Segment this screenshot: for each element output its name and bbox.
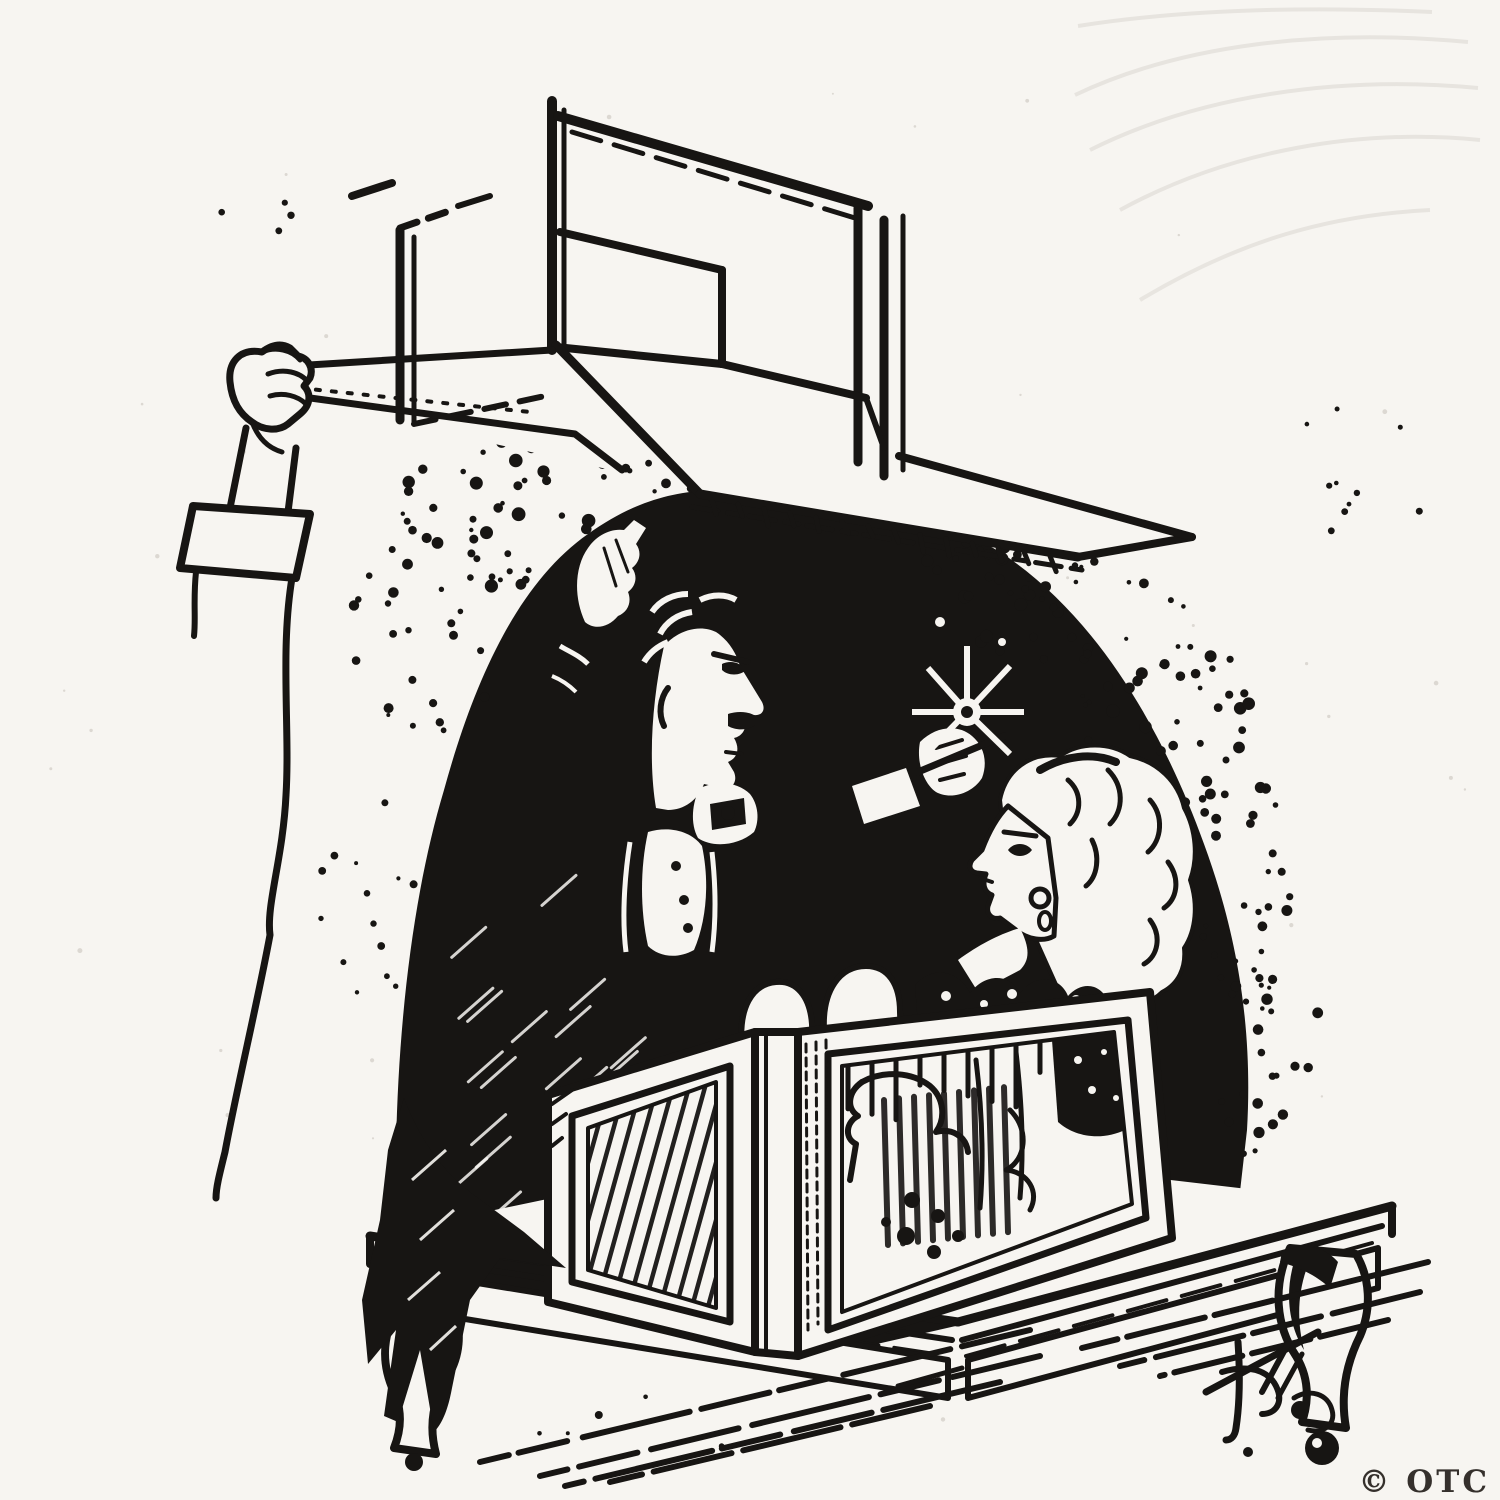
caster-right — [1305, 1431, 1339, 1465]
caster-left — [405, 1453, 423, 1471]
offstage-body-contour — [216, 578, 292, 1198]
lifted-cover-box — [260, 101, 1192, 572]
magician-shirt — [642, 829, 706, 955]
illustration-canvas: © OTC — [0, 0, 1500, 1500]
offstage-cuff — [180, 506, 310, 578]
watermark-text: © OTC — [1358, 1464, 1490, 1500]
offstage-assistant — [180, 345, 311, 1198]
magic-trick-illustration: © OTC — [0, 0, 1500, 1500]
crate-corner-post — [755, 1032, 798, 1356]
paper-streaks — [1075, 9, 1480, 300]
